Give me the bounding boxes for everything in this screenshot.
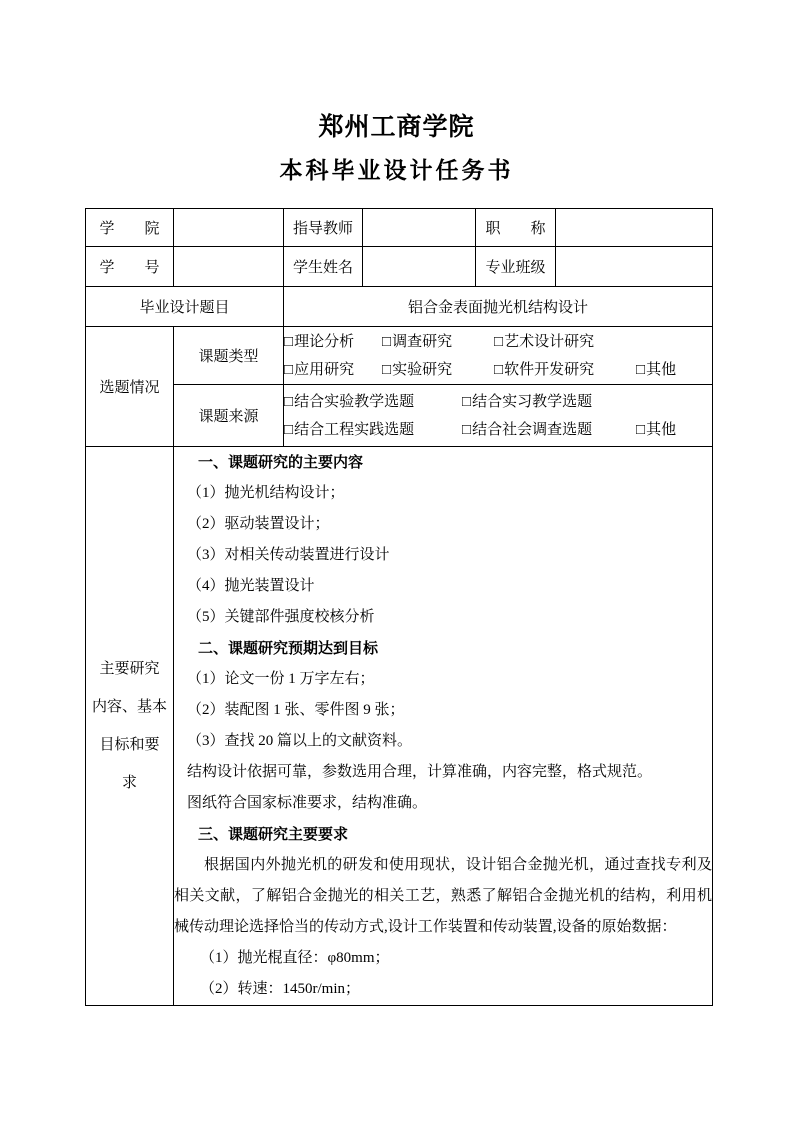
checkbox-option-applied-research[interactable]: □应用研究 [284, 356, 382, 384]
checkbox-label: 理论分析 [294, 328, 354, 356]
topic-source-options-line2: □结合工程实践选题 □结合社会调查选题 □其他 [284, 416, 712, 444]
checkbox-icon: □ [494, 356, 503, 384]
checkbox-option-social-survey[interactable]: □结合社会调查选题 [462, 416, 636, 444]
main-section-label: 主要研究 内容、基本 目标和要 求 [86, 447, 174, 1006]
checkbox-option-type-other[interactable]: □其他 [636, 356, 676, 384]
checkbox-icon: □ [284, 356, 293, 384]
document-subtitle: 本科毕业设计任务书 [0, 156, 793, 184]
checkbox-label: 结合实习教学选题 [472, 388, 592, 416]
checkbox-option-theory-analysis[interactable]: □理论分析 [284, 328, 382, 356]
college-label: 学 院 [86, 209, 174, 247]
table-row: 主要研究 内容、基本 目标和要 求 一、课题研究的主要内容 （1）抛光机结构设计… [86, 447, 713, 1006]
checkbox-option-survey-research[interactable]: □调查研究 [382, 328, 494, 356]
checkbox-option-source-other[interactable]: □其他 [636, 416, 676, 444]
student-id-value-cell[interactable] [174, 247, 284, 287]
table-row: 学 号 学生姓名 专业班级 [86, 247, 713, 287]
student-name-label: 学生姓名 [284, 247, 363, 287]
advisor-value-cell[interactable] [363, 209, 476, 247]
checkbox-icon: □ [636, 416, 645, 444]
main-section-label-line: 主要研究 [99, 650, 159, 688]
checkbox-label: 调查研究 [392, 328, 452, 356]
topic-source-options-line1: □结合实验教学选题 □结合实习教学选题 [284, 388, 712, 416]
project-title-value: 铝合金表面抛光机结构设计 [284, 287, 713, 327]
topic-type-options-line1: □理论分析 □调查研究 □艺术设计研究 [284, 328, 712, 356]
checkbox-icon: □ [382, 356, 391, 384]
checkbox-icon: □ [284, 416, 293, 444]
table-row: 选题情况 课题类型 □理论分析 □调查研究 □艺术设计研究 □应用研究 □实验研… [86, 327, 713, 385]
section-3-heading: 三、课题研究主要要求 [174, 819, 712, 850]
checkbox-label: 结合工程实践选题 [294, 416, 414, 444]
student-id-label: 学 号 [86, 247, 174, 287]
checkbox-icon: □ [284, 388, 293, 416]
main-section-label-line: 求 [122, 764, 137, 802]
title-rank-label: 职 称 [476, 209, 556, 247]
checkbox-label: 结合社会调查选题 [472, 416, 592, 444]
project-title-label: 毕业设计题目 [86, 287, 284, 327]
checkbox-icon: □ [382, 328, 391, 356]
checkbox-icon: □ [284, 328, 293, 356]
checkbox-label: 其他 [646, 416, 676, 444]
checkbox-label: 艺术设计研究 [504, 328, 594, 356]
advisor-label: 指导教师 [284, 209, 363, 247]
major-class-value-cell[interactable] [556, 247, 713, 287]
main-section-label-line: 内容、基本 [92, 688, 167, 726]
checkbox-label: 应用研究 [294, 356, 354, 384]
college-value-cell[interactable] [174, 209, 284, 247]
checkbox-icon: □ [462, 388, 471, 416]
section-2-item: （3）查找 20 篇以上的文献资料。 [174, 726, 712, 757]
main-section-label-line: 目标和要 [99, 726, 159, 764]
section-1-item: （3）对相关传动装置进行设计 [174, 540, 712, 571]
topic-type-options-line2: □应用研究 □实验研究 □软件开发研究 □其他 [284, 356, 712, 384]
task-form-table: 学 院 指导教师 职 称 学 号 学生姓名 专业班级 毕业设计题目 铝合金表面抛… [85, 208, 713, 1006]
document-title: 郑州工商学院 [0, 112, 793, 142]
checkbox-label: 实验研究 [392, 356, 452, 384]
section-2-note: 图纸符合国家标准要求，结构准确。 [174, 788, 712, 819]
checkbox-label: 结合实验教学选题 [294, 388, 414, 416]
checkbox-icon: □ [462, 416, 471, 444]
section-3-body: 根据国内外抛光机的研发和使用现状，设计铝合金抛光机，通过查找专利及相关文献，了解… [174, 850, 712, 943]
checkbox-option-experiment-teaching[interactable]: □结合实验教学选题 [284, 388, 462, 416]
student-name-value-cell[interactable] [363, 247, 476, 287]
section-2-item: （1）论文一份 1 万字左右； [174, 664, 712, 695]
section-1-item: （2）驱动装置设计； [174, 509, 712, 540]
topic-source-label: 课题来源 [174, 385, 284, 447]
section-1-item: （4）抛光装置设计 [174, 571, 712, 602]
section-1-item: （1）抛光机结构设计； [174, 478, 712, 509]
selection-group-label: 选题情况 [86, 327, 174, 447]
table-row: 课题来源 □结合实验教学选题 □结合实习教学选题 □结合工程实践选题 □结合社会… [86, 385, 713, 447]
table-row: 毕业设计题目 铝合金表面抛光机结构设计 [86, 287, 713, 327]
title-rank-value-cell[interactable] [556, 209, 713, 247]
section-3-item: （1）抛光棍直径：φ80mm； [174, 943, 712, 974]
checkbox-icon: □ [494, 328, 503, 356]
checkbox-option-internship-teaching[interactable]: □结合实习教学选题 [462, 388, 636, 416]
section-1-heading: 一、课题研究的主要内容 [174, 447, 712, 478]
major-class-label: 专业班级 [476, 247, 556, 287]
checkbox-label: 其他 [646, 356, 676, 384]
checkbox-option-experimental-research[interactable]: □实验研究 [382, 356, 494, 384]
main-content-cell: 一、课题研究的主要内容 （1）抛光机结构设计； （2）驱动装置设计； （3）对相… [174, 447, 713, 1006]
topic-source-options: □结合实验教学选题 □结合实习教学选题 □结合工程实践选题 □结合社会调查选题 … [284, 385, 713, 447]
checkbox-label: 软件开发研究 [504, 356, 594, 384]
section-1-item: （5）关键部件强度校核分析 [174, 602, 712, 633]
checkbox-option-art-design-research[interactable]: □艺术设计研究 [494, 328, 636, 356]
section-3-item: （2）转速：1450r/min； [174, 974, 712, 1005]
checkbox-icon: □ [636, 356, 645, 384]
checkbox-option-software-dev-research[interactable]: □软件开发研究 [494, 356, 636, 384]
topic-type-options: □理论分析 □调查研究 □艺术设计研究 □应用研究 □实验研究 □软件开发研究 … [284, 327, 713, 385]
section-2-note: 结构设计依据可靠，参数选用合理，计算准确，内容完整，格式规范。 [174, 757, 712, 788]
checkbox-option-engineering-practice[interactable]: □结合工程实践选题 [284, 416, 462, 444]
topic-type-label: 课题类型 [174, 327, 284, 385]
section-2-heading: 二、课题研究预期达到目标 [174, 633, 712, 664]
table-row: 学 院 指导教师 职 称 [86, 209, 713, 247]
section-2-item: （2）装配图 1 张、零件图 9 张； [174, 695, 712, 726]
